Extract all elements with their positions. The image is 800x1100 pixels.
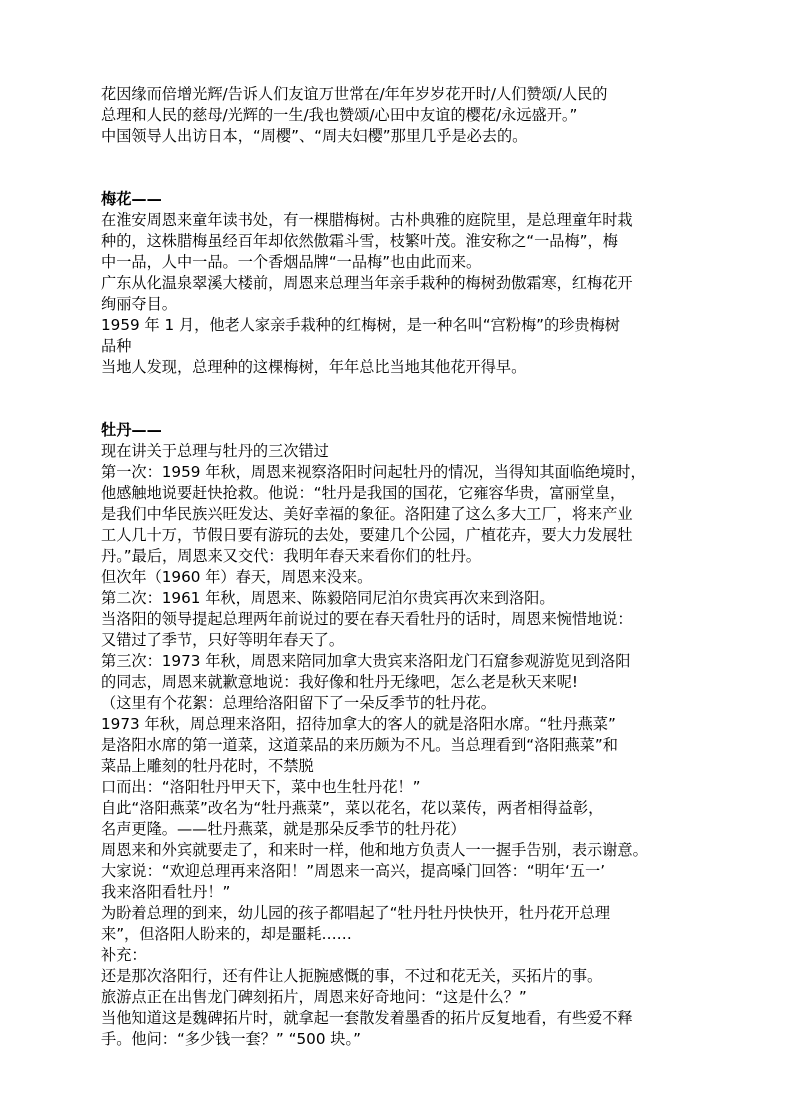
blank-line — [101, 399, 706, 420]
peony-section: 牡丹—— 现在讲关于总理与牡丹的三次错过 第一次：1959 年秋，周恩来视察洛阳… — [101, 420, 706, 1050]
text-line: 的同志，周恩来就歉意地说：我好像和牡丹无缘吧，怎么老是秋天来呢! — [101, 672, 706, 693]
text-line: 绚丽夺目。 — [101, 294, 706, 315]
text-line: 还是那次洛阳行，还有件让人扼腕感慨的事，不过和花无关，买拓片的事。 — [101, 966, 706, 987]
text-line: 工人几十万，节假日要有游玩的去处，要建几个公园，广植花卉，要大力发展牡 — [101, 525, 706, 546]
text-line: 现在讲关于总理与牡丹的三次错过 — [101, 441, 706, 462]
text-line: 是洛阳水席的第一道菜，这道菜品的来历颇为不凡。当总理看到“洛阳燕菜”和 — [101, 735, 706, 756]
text-line: 第三次：1973 年秋，周恩来陪同加拿大贵宾来洛阳龙门石窟参观游览见到洛阳 — [101, 651, 706, 672]
text-line: 口而出：“洛阳牡丹甲天下，菜中也生牡丹花！” — [101, 777, 706, 798]
text-line: 当地人发现，总理种的这棵梅树，年年总比当地其他花开得早。 — [101, 357, 706, 378]
blank-line — [101, 147, 706, 168]
text-line: 又错过了季节，只好等明年春天了。 — [101, 630, 706, 651]
text-line: 中国领导人出访日本，“周樱”、“周夫妇樱”那里几乎是必去的。 — [101, 126, 706, 147]
text-line: 第二次：1961 年秋，周恩来、陈毅陪同尼泊尔贵宾再次来到洛阳。 — [101, 588, 706, 609]
text-line: 当他知道这是魏碑拓片时，就拿起一套散发着墨香的拓片反复地看，有些爱不释 — [101, 1008, 706, 1029]
text-line: 但次年（1960 年）春天，周恩来没来。 — [101, 567, 706, 588]
text-line: 自此“洛阳燕菜”改名为“牡丹燕菜”，菜以花名，花以菜传，两者相得益彰， — [101, 798, 706, 819]
text-line: 当洛阳的领导提起总理两年前说过的要在春天看牡丹的话时，周恩来惋惜地说： — [101, 609, 706, 630]
text-line: 种的，这株腊梅虽经百年却依然傲霜斗雪，枝繁叶茂。淮安称之“一品梅”，梅 — [101, 231, 706, 252]
text-line: 补充： — [101, 945, 706, 966]
blank-line — [101, 168, 706, 189]
plum-section: 梅花—— 在淮安周恩来童年读书处，有一棵腊梅树。古朴典雅的庭院里，是总理童年时栽… — [101, 189, 706, 378]
text-line: 菜品上雕刻的牡丹花时，不禁脱 — [101, 756, 706, 777]
text-line: 为盼着总理的到来，幼儿园的孩子都唱起了“牡丹牡丹快快开，牡丹花开总理 — [101, 903, 706, 924]
text-line: 大家说：“欢迎总理再来洛阳！”周恩来一高兴，提高嗓门回答：“明年‘五一’ — [101, 861, 706, 882]
text-line: 是我们中华民族兴旺发达、美好幸福的象征。洛阳建了这么多大工厂，将来产业 — [101, 504, 706, 525]
text-line: 周恩来和外宾就要走了，和来时一样，他和地方负责人一一握手告别，表示谢意。 — [101, 840, 706, 861]
text-line: 广东从化温泉翠溪大楼前，周恩来总理当年亲手栽种的梅树劲傲霜寒，红梅花开 — [101, 273, 706, 294]
text-line: 名声更隆。——牡丹燕菜，就是那朵反季节的牡丹花） — [101, 819, 706, 840]
text-line: 总理和人民的慈母/光辉的一生/我也赞颂/心田中友谊的樱花/永远盛开。” — [101, 105, 706, 126]
text-line: 旅游点正在出售龙门碑刻拓片，周恩来好奇地问：“这是什么？” — [101, 987, 706, 1008]
document-page: 花因缘而倍增光辉/告诉人们友谊万世常在/年年岁岁花开时/人们赞颂/人民的 总理和… — [101, 84, 706, 1050]
text-line: 第一次：1959 年秋，周恩来视察洛阳时问起牡丹的情况，当得知其面临绝境时， — [101, 462, 706, 483]
text-line: 丹。”最后，周恩来又交代：我明年春天来看你们的牡丹。 — [101, 546, 706, 567]
text-line: 花因缘而倍增光辉/告诉人们友谊万世常在/年年岁岁花开时/人们赞颂/人民的 — [101, 84, 706, 105]
text-line: 品种 — [101, 336, 706, 357]
text-line: 在淮安周恩来童年读书处，有一棵腊梅树。古朴典雅的庭院里，是总理童年时栽 — [101, 210, 706, 231]
text-line: （这里有个花絮：总理给洛阳留下了一朵反季节的牡丹花。 — [101, 693, 706, 714]
intro-paragraph: 花因缘而倍增光辉/告诉人们友谊万世常在/年年岁岁花开时/人们赞颂/人民的 总理和… — [101, 84, 706, 147]
text-line: 我来洛阳看牡丹！” — [101, 882, 706, 903]
text-line: 1973 年秋，周总理来洛阳，招待加拿大的客人的就是洛阳水席。“牡丹燕菜” — [101, 714, 706, 735]
section-heading-peony: 牡丹—— — [101, 420, 706, 441]
text-line: 手。他问：“多少钱一套？” “500 块。” — [101, 1029, 706, 1050]
text-line: 他感触地说要赶快抢救。他说：“牡丹是我国的国花，它雍容华贵，富丽堂皇， — [101, 483, 706, 504]
section-heading-plum: 梅花—— — [101, 189, 706, 210]
blank-line — [101, 378, 706, 399]
text-line: 中一品，人中一品。一个香烟品牌“一品梅”也由此而来。 — [101, 252, 706, 273]
text-line: 来”，但洛阳人盼来的，却是噩耗…… — [101, 924, 706, 945]
text-line: 1959 年 1 月，他老人家亲手栽种的红梅树，是一种名叫“宫粉梅”的珍贵梅树 — [101, 315, 706, 336]
